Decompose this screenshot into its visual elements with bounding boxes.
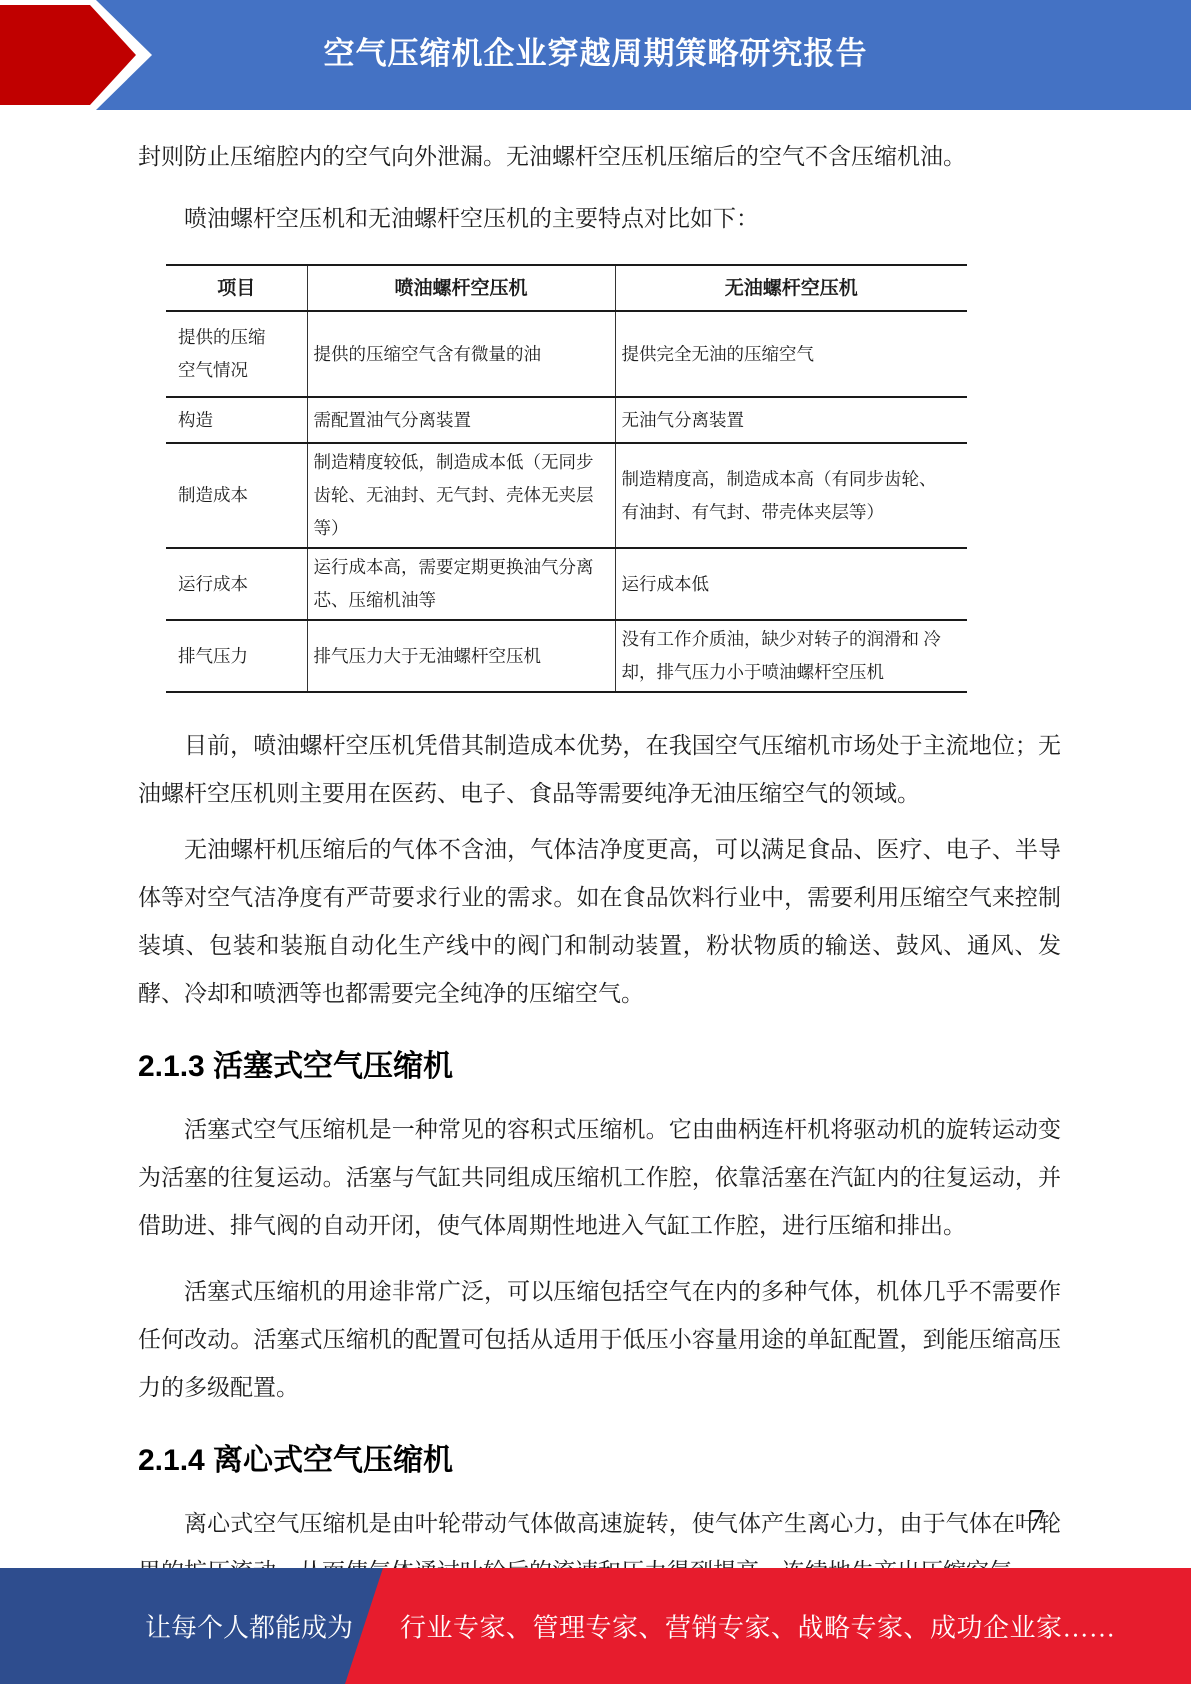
footer-slogan-left: 让每个人都能成为 xyxy=(145,1608,353,1645)
table-cell: 制造精度高，制造成本高（有同步齿轮、 有油封、有气封、带壳体夹层等） xyxy=(615,443,967,548)
table-cell: 排气压力大于无油螺杆空压机 xyxy=(307,620,615,692)
table-header-row: 项目 喷油螺杆空压机 无油螺杆空压机 xyxy=(166,265,967,311)
table-cell: 排气压力 xyxy=(166,620,307,692)
paragraph-market-position: 目前，喷油螺杆空压机凭借其制造成本优势，在我国空气压缩机市场处于主流地位；无油螺… xyxy=(138,722,1061,818)
paragraph-seal-leak: 封则防止压缩腔内的空气向外泄漏。无油螺杆空压机压缩后的空气不含压缩机油。 xyxy=(138,133,1061,181)
table-cell: 制造成本 xyxy=(166,443,307,548)
table-cell: 制造精度较低，制造成本低（无同步 齿轮、无油封、无气封、壳体无夹层 等） xyxy=(307,443,615,548)
section-heading-piston: 2.1.3 活塞式空气压缩机 xyxy=(138,1032,1061,1088)
page-number: 7 xyxy=(1028,1502,1044,1538)
section-heading-centrifugal: 2.1.4 离心式空气压缩机 xyxy=(138,1426,1061,1482)
table-cell: 运行成本低 xyxy=(615,548,967,620)
page-body: 封则防止压缩腔内的空气向外泄漏。无油螺杆空压机压缩后的空气不含压缩机油。 喷油螺… xyxy=(138,110,1061,1596)
table-cell: 需配置油气分离装置 xyxy=(307,397,615,443)
table-row-air-supplied: 提供的压缩 空气情况 提供的压缩空气含有微量的油 提供完全无油的压缩空气 xyxy=(166,311,967,397)
table-cell: 提供的压缩 空气情况 xyxy=(166,311,307,397)
paragraph-piston-usage: 活塞式压缩机的用途非常广泛，可以压缩包括空气在内的多种气体，机体几乎不需要作任何… xyxy=(138,1268,1061,1412)
table-cell: 提供完全无油的压缩空气 xyxy=(615,311,967,397)
paragraph-oilfree-applications: 无油螺杆机压缩后的气体不含油，气体洁净度更高，可以满足食品、医疗、电子、半导体等… xyxy=(138,826,1061,1018)
table-header-cell-oil-free: 无油螺杆空压机 xyxy=(615,265,967,311)
footer-slogan-right: 行业专家、管理专家、营销专家、战略专家、成功企业家…… xyxy=(400,1608,1116,1645)
paragraph-compare-intro: 喷油螺杆空压机和无油螺杆空压机的主要特点对比如下： xyxy=(138,195,1061,243)
table-cell: 构造 xyxy=(166,397,307,443)
table-cell: 运行成本 xyxy=(166,548,307,620)
document-page: 空气压缩机企业穿越周期策略研究报告 封则防止压缩腔内的空气向外泄漏。无油螺杆空压… xyxy=(0,0,1191,1684)
page-header-banner: 空气压缩机企业穿越周期策略研究报告 xyxy=(0,0,1191,110)
table-row-manufacturing-cost: 制造成本 制造精度较低，制造成本低（无同步 齿轮、无油封、无气封、壳体无夹层 等… xyxy=(166,443,967,548)
table-cell: 提供的压缩空气含有微量的油 xyxy=(307,311,615,397)
table-header-cell-oil-injected: 喷油螺杆空压机 xyxy=(307,265,615,311)
table-cell: 没有工作介质油，缺少对转子的润滑和 冷 却，排气压力小于喷油螺杆空压机 xyxy=(615,620,967,692)
paragraph-piston-principle: 活塞式空气压缩机是一种常见的容积式压缩机。它由曲柄连杆机将驱动机的旋转运动变为活… xyxy=(138,1106,1061,1250)
comparison-table-wrap: 项目 喷油螺杆空压机 无油螺杆空压机 提供的压缩 空气情况 提供的压缩空气含有微… xyxy=(166,264,1061,693)
comparison-table: 项目 喷油螺杆空压机 无油螺杆空压机 提供的压缩 空气情况 提供的压缩空气含有微… xyxy=(166,264,967,693)
page-footer: 让每个人都能成为 行业专家、管理专家、营销专家、战略专家、成功企业家…… xyxy=(0,1568,1191,1684)
table-row-discharge-pressure: 排气压力 排气压力大于无油螺杆空压机 没有工作介质油，缺少对转子的润滑和 冷 却… xyxy=(166,620,967,692)
table-header-cell-item: 项目 xyxy=(166,265,307,311)
report-title: 空气压缩机企业穿越周期策略研究报告 xyxy=(0,28,1191,73)
table-row-operating-cost: 运行成本 运行成本高，需要定期更换油气分离 芯、压缩机油等 运行成本低 xyxy=(166,548,967,620)
table-cell: 运行成本高，需要定期更换油气分离 芯、压缩机油等 xyxy=(307,548,615,620)
table-row-structure: 构造 需配置油气分离装置 无油气分离装置 xyxy=(166,397,967,443)
table-cell: 无油气分离装置 xyxy=(615,397,967,443)
